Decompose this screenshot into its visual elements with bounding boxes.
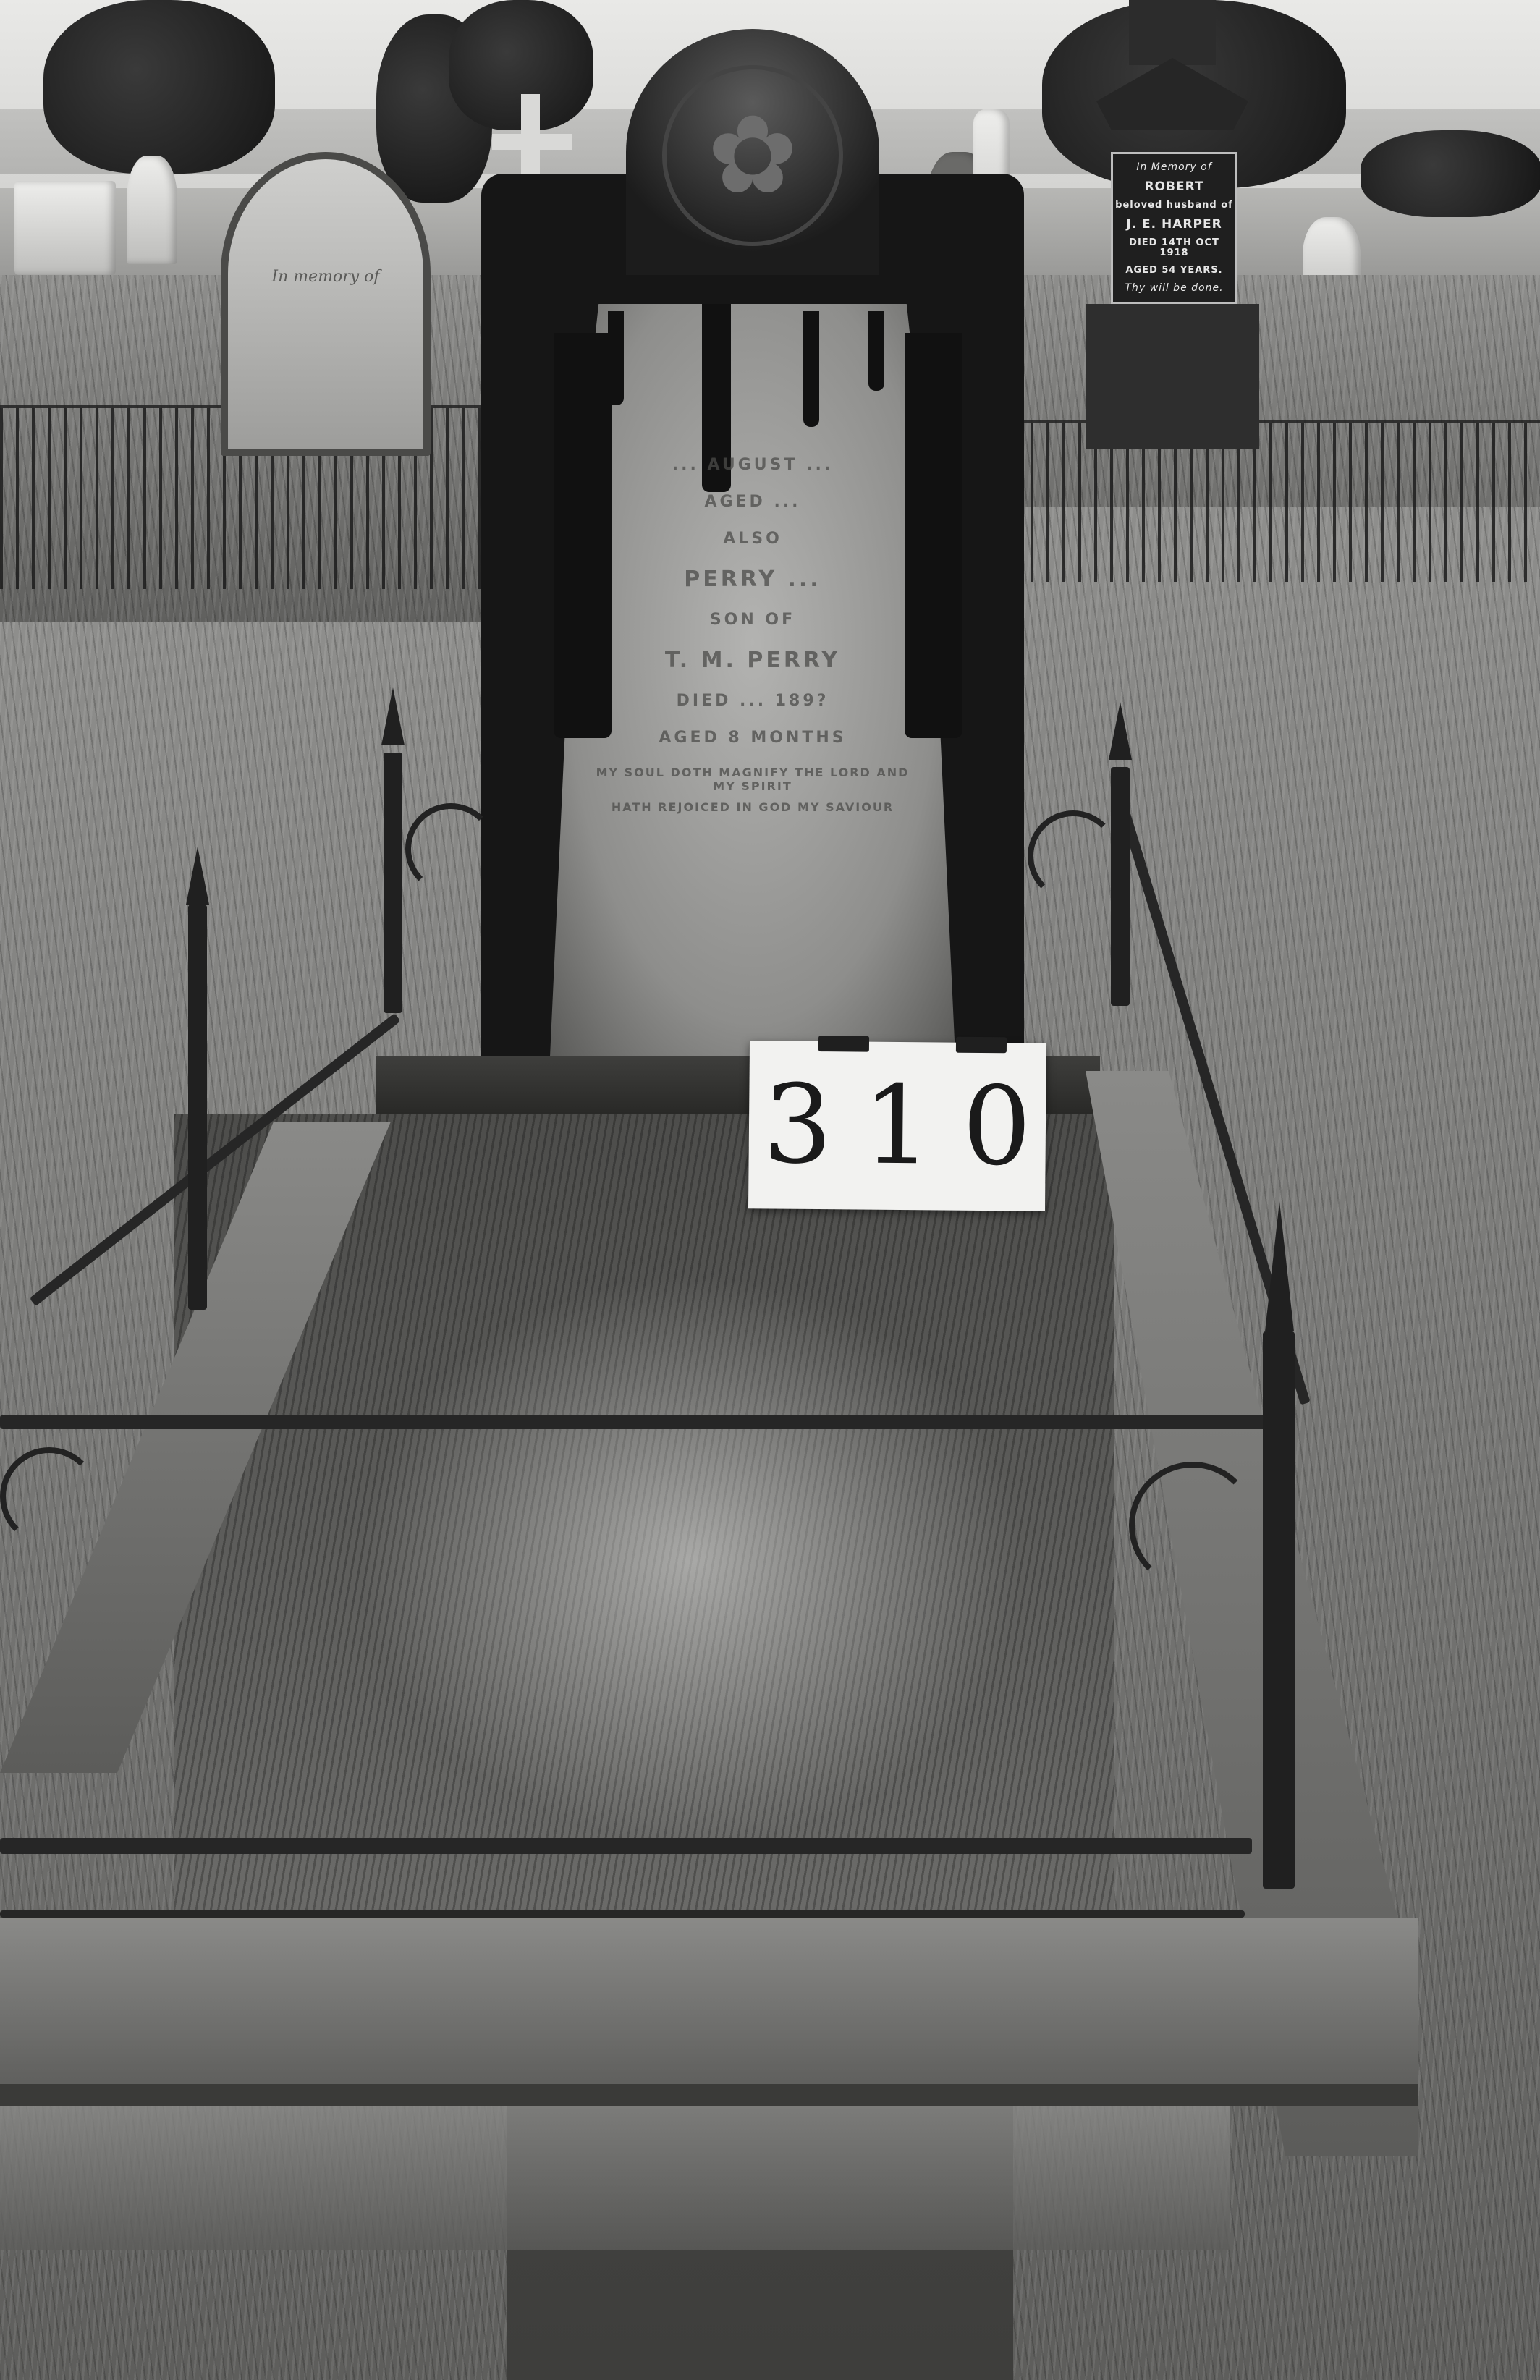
inscription-line: PERRY ... (590, 567, 915, 592)
plaque-line: beloved husband of (1114, 200, 1234, 211)
obelisk-cap (1096, 58, 1248, 130)
binder-clip-icon (956, 1037, 1007, 1054)
binder-clip-icon (818, 1036, 869, 1052)
grave-photograph: In memory of In Memory of ROBERT beloved… (0, 0, 1540, 2380)
tree (43, 0, 275, 174)
headstone-inscription: ... AUGUST ... AGED ... ALSO PERRY ... S… (590, 456, 915, 821)
iron-post (384, 753, 402, 1013)
inscription-line: AGED 8 MONTHS (590, 729, 915, 747)
flower-icon: ✿ (662, 65, 843, 246)
grave-number-card: 310 (748, 1041, 1046, 1211)
harper-plaque: In Memory of ROBERT beloved husband of J… (1111, 152, 1237, 304)
plaque-line: DIED 14TH OCT 1918 (1114, 238, 1234, 259)
inscription-line: DIED ... 189? (590, 692, 915, 710)
background-headstone (14, 181, 116, 275)
iron-post (1263, 1331, 1295, 1889)
spike-finial (1265, 1201, 1294, 1331)
tree (1361, 130, 1540, 217)
plaque-line: In Memory of (1114, 162, 1234, 173)
inscription-line: ... AUGUST ... (590, 456, 915, 474)
inscription-line: AGED ... (590, 493, 915, 511)
weathering-streak (803, 311, 819, 427)
verse-line: HATH REJOICED IN GOD MY SAVIOUR (590, 800, 915, 814)
scroll-ornament (1028, 810, 1119, 902)
weathering-streak (868, 311, 884, 391)
spike-finial (186, 847, 209, 905)
plaque-line: J. E. HARPER (1114, 218, 1234, 232)
scroll-ornament (0, 1447, 98, 1546)
iron-rail (0, 1910, 1245, 1918)
scroll-ornament (405, 803, 496, 894)
iron-rail (0, 1838, 1252, 1854)
iron-post (1111, 767, 1130, 1006)
verse-line: MY SOUL DOTH MAGNIFY THE LORD AND MY SPI… (590, 766, 915, 793)
plaque-line: ROBERT (1114, 180, 1234, 194)
harper-memorial: In Memory of ROBERT beloved husband of J… (1086, 0, 1259, 449)
inscription-line: ALSO (590, 530, 915, 548)
obelisk-top (1129, 0, 1216, 65)
background-headstone-left: In memory of (221, 152, 431, 456)
background-headstone (127, 156, 177, 264)
kerb-shadow (0, 2084, 1418, 2106)
iron-rail (0, 1415, 1295, 1429)
left-headstone-text: In memory of (228, 268, 423, 286)
main-headstone: ✿ ... AUGUST ... AGED ... ALSO PERRY ...… (481, 29, 1024, 1071)
plaque-line: Thy will be done. (1114, 283, 1234, 294)
iron-post (188, 905, 207, 1310)
stone-kerb-lower (0, 2106, 1230, 2250)
plaque-line: AGED 54 YEARS. (1114, 266, 1234, 276)
spike-finial (381, 687, 405, 745)
spike-finial (1109, 702, 1132, 760)
memorial-base (1086, 304, 1259, 449)
background-railing (999, 420, 1540, 582)
inscription-line: T. M. PERRY (590, 648, 915, 673)
inscription-line: SON OF (590, 611, 915, 629)
scroll-ornament (1129, 1462, 1256, 1589)
stone-kerb-front (0, 1918, 1418, 2099)
grave-number: 310 (763, 1062, 1062, 1190)
